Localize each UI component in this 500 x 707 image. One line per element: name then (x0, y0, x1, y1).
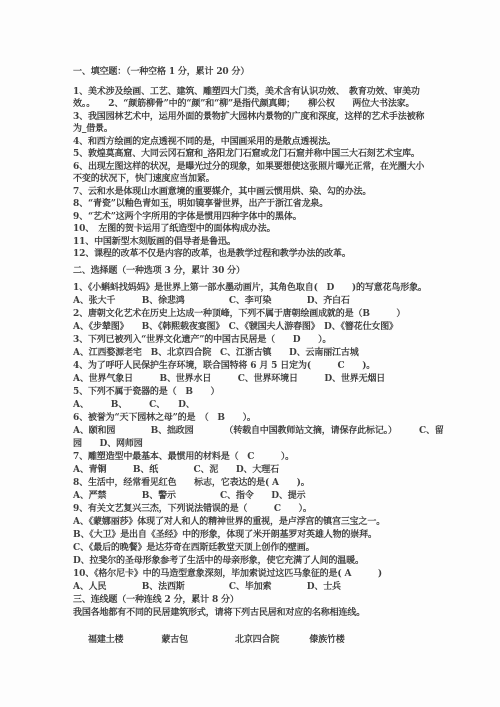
text-line: 3、下列已被列入“世界文化遗产”的中国古民居是（ D ）。 (73, 334, 440, 347)
section-1-heading: 一、填空题：（一种空格 1 分，累计 20 分） (73, 66, 440, 79)
text-line: 1、美术涉及绘画、工艺、建筑、雕塑四大门类，美术含有认识功效、 教育功效、审美功 (73, 86, 440, 99)
text-line: 园 D、网师园 (73, 438, 440, 451)
text-line: A、 B、 C、 D、 (73, 399, 440, 412)
text-line: 12、课程的改革不仅是内容的改革，也是教学过程和教学办法的改革。 (73, 248, 440, 261)
matching-item-beijing-siheyuan: 北京四合院 (235, 634, 279, 647)
text-line: 8、生活中，经常看见红色 标志，它表达的是( A )。 (73, 477, 440, 490)
text-line: 7、云和水是体现山水画意境的重要媒介，其中画云惯用烘、染、勾的办法。 (73, 186, 440, 199)
section-2-heading: 二、选择题（一种选项 3 分，累计 30 分） (73, 265, 440, 278)
matching-items-row: 福建土楼 蒙古包 北京四合院 傣族竹楼 (73, 634, 440, 647)
text-line: 8、“青瓷”以釉色青如玉，明如镜享誉世界，出产于浙江省龙泉。 (73, 198, 440, 211)
text-line: A、人民 B、法西斯 C、毕加索 D、士兵 (73, 581, 440, 594)
text-line: 为_借景。 (73, 123, 440, 136)
text-line: C、《最后的晚餐》是达芬奇在西斯廷教堂天顶上创作的壁画。 (73, 542, 440, 555)
section-multiple-choice: 二、选择题（一种选项 3 分，累计 30 分） 1、《小蝌蚪找妈妈》是世界上第一… (73, 265, 440, 594)
text-line: 6、被誉为“天下园林之母”的是 （ B ）。 (73, 412, 440, 425)
text-line: 9、“艺术”这两个字所用的字体是惯用四种字体中的黑体。 (73, 211, 440, 224)
section-3-heading: 三、连线题（一种连线 2 分，累计 8 分） (73, 594, 440, 607)
text-line: 10、《格尔尼卡》中的马造型意象深刻，毕加索说过这匹马象征的是( A ) (73, 568, 440, 581)
matching-instructions: 我国各地都有不同的民居建筑形式，请将下列古民居和对应的名称相连线。 (73, 607, 440, 620)
text-line: 3、我国园林艺术中，运用外面的景物扩大园林内景物的广度和深度，这样的艺术手法被称 (73, 111, 440, 124)
section-matching: 三、连线题（一种连线 2 分，累计 8 分） 我国各地都有不同的民居建筑形式，请… (73, 594, 440, 647)
text-line: A、《步辇图》 B、《韩熙载夜宴图》 C、《虢国夫人游春图》 D、《簪花仕女图》 (73, 321, 440, 334)
text-line: 5、敦煌莫高窟、大同云冈石窟和_洛阳龙门石窟或龙门石窟并称中国三大石刻艺术宝库。 (73, 148, 440, 161)
text-line: A、颐和园 B、拙政园 （转载自中国教师站文摘，请保存此标记。） C、留 (73, 425, 440, 438)
exam-paper-page: 一、填空题：（一种空格 1 分，累计 20 分） 1、美术涉及绘画、工艺、建筑、… (0, 0, 500, 707)
text-line: 不变的状况下，快门速度应当加紧。 (73, 173, 440, 186)
text-line: 4、和西方绘画的定点透视不同的是，中国画采用的是散点透视法。 (73, 136, 440, 149)
text-line: 1、《小蝌蚪找妈妈》是世界上第一部水墨动画片，其角色取自( D )的写意花鸟形象… (73, 282, 440, 295)
text-line: 效。。 2、“颜筋柳骨”中的“颜”和“柳”是指代颜真卿； 柳公权 两位大书法家。 (73, 98, 440, 111)
text-line: 11、中国新型木刻版画的倡导者是鲁迅。 (73, 236, 440, 249)
section-fill-in-blanks: 一、填空题：（一种空格 1 分，累计 20 分） 1、美术涉及绘画、工艺、建筑、… (73, 66, 440, 261)
text-line: 2、唐朝文化艺术在历史上达成一种顶峰，下列不属于唐朝绘画成就的是（B ） (73, 308, 440, 321)
text-line: 10、 左图的贺卡运用了纸造型中的面体构成办法。 (73, 223, 440, 236)
text-line: 6、出现左图这样的状况，是曝光过分的现象，如果要想使这张照片曝光正常，在光圈大小 (73, 161, 440, 174)
text-line: A、青铜 B、纸 C、泥 D、大理石 (73, 464, 440, 477)
matching-item-daizu-zhulou: 傣族竹楼 (309, 634, 344, 647)
text-line: A、江西婺源老宅 B、北京四合院 C、江浙古镇 D、云南丽江古城 (73, 347, 440, 360)
text-line: 7、雕塑造型中最基本、最惯用的材料是（ C ）。 (73, 451, 440, 464)
text-line: A、《蒙娜丽莎》体现了对人和人的精神世界的重视，是卢浮宫的镇宫三宝之一。 (73, 516, 440, 529)
matching-item-fujian-tulou: 福建土楼 (88, 634, 123, 647)
text-line: A、张大千 B、徐悲鸿 C、李可染 D、齐白石 (73, 295, 440, 308)
text-line: 9、有关文艺复兴三杰，下列说法错误的是（ C ）。 (73, 503, 440, 516)
text-line: A、严禁 B、警示 C、指令 D、提示 (73, 490, 440, 503)
matching-item-menggubao: 蒙古包 (161, 634, 188, 647)
text-line: B、《大卫》是出自《圣经》中的形象，体现了米开朗基罗对英雄人物的崇拜。 (73, 529, 440, 542)
text-line: D、拉斐尔的圣母形象参考了生活中的母亲形象，使它充满了人间的温暖。 (73, 555, 440, 568)
text-line: A、世界气象日 B、世界水日 C、世界环境日 D、世界无烟日 (73, 373, 440, 386)
text-line: 5、下列不属于瓷器的是（ B ） (73, 386, 440, 399)
text-line: 4、为了呼吁人民保护生存环境，联合国特将 6 月 5 日定为( C )。 (73, 360, 440, 373)
